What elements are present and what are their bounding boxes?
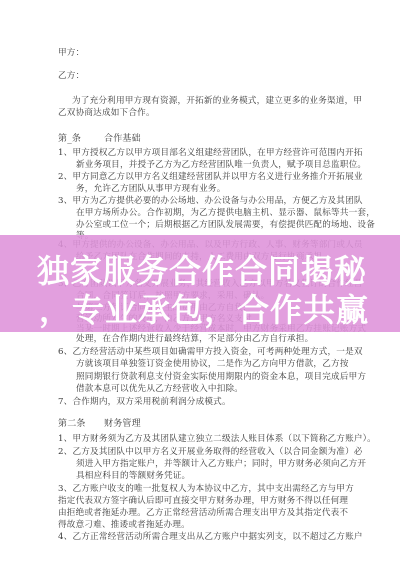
clause-line: 照同期银行贷款利息支付资金实际使用期限内的资金本息，项目完成后甲方 — [76, 372, 366, 383]
party-a-label: 甲方： — [58, 48, 84, 59]
section1-number: 第_条 — [58, 134, 81, 144]
intro-line: 乙双协商达成如下合作。 — [58, 108, 155, 119]
clause-line: 3、乙方账户收支的唯一批复权人为本协议中乙方，其中支出需经乙方与甲方 — [58, 484, 354, 495]
clause-line: 在甲方场所办公。合作初期，为乙方提供电脑主机、显示器、鼠标等共一套， — [76, 208, 375, 219]
clause-line: 须进入甲方指定账户，并等额计入乙方账户；同时，甲方财务必须向乙方开 — [76, 459, 366, 470]
party-b-label: 乙方： — [58, 71, 84, 82]
clause-line: 指定代表双方签字确认后即可直接交甲方财务办理，甲方财务不得以任何理 — [58, 496, 348, 507]
clause-line: 具相应科目的等额财务凭证。 — [76, 471, 190, 482]
intro-line: 为了充分利用甲方现有资源，开拓新的业务模式，建立更多的业务渠道，甲 — [72, 96, 362, 107]
clause-line: 方就该项目单独签订资金使用协议，二是作为乙方向甲方借款，乙方按 — [76, 359, 349, 370]
clause-line: 由拒绝或者拖延办理。乙方正常经营活动所需合理支出甲方及其指定代表不 — [58, 508, 348, 519]
clause-line: 办公室或工位一个；后期根据乙方团队发展需要，有偿提供匹配的场地、设备 — [76, 220, 375, 231]
section2-title: 财务管理 — [104, 419, 141, 430]
clause-line: 2、乙方及其团队中以甲方名义开展业务取得的经营收入（以合同金额为准）必 — [58, 447, 363, 458]
section1-heading: 第_条 合作基础 — [58, 134, 81, 145]
clause-line: 3、甲方为乙方提供必要的办公场地、办公设备与办公用品，方便乙方及其团队 — [58, 196, 363, 207]
clause-line: 借款本息可以优先从乙方经营收入中扣除。 — [76, 384, 243, 395]
clause-line: 得故意刁难、推诿或者拖延办理。 — [58, 520, 190, 531]
document-page: 甲方： 乙方： 为了充分利用甲方现有资源，开拓新的业务模式，建立更多的业务渠道，… — [0, 0, 400, 566]
clause-line: 处理，在合作期内进行最终结算，不足部分由乙方自行承担。 — [76, 334, 313, 345]
clause-line: 1、甲方财务须为乙方及其团队建立独立二级法人账目体系（以下简称乙方账户）。 — [58, 434, 376, 445]
clause-line: 务，允许乙方团队从事甲方现有业务。 — [76, 184, 226, 195]
section2-number: 第二条 — [58, 419, 86, 429]
clause-line: 新业务项目，并授予乙方为乙方经营团队唯一负责人，赋予项目总监职位。 — [76, 160, 366, 171]
clause-line: 7、合作期内，双方采用税前利润分成模式。 — [58, 397, 231, 408]
banner-headline-line2: ，专业承包，合作共赢 — [4, 291, 400, 329]
clause-line: 1、甲方授权乙方以甲方项目部名义组建经营团队，在甲方经营许可范围内开拓 — [58, 148, 363, 159]
clause-line: 2、甲方同意乙方以甲方名义组建经营团队并以甲方名义进行业务推介开拓展业 — [58, 172, 363, 183]
banner-headline-line1: 独家服务合作合同揭秘 — [2, 252, 400, 290]
section2-heading: 第二条 财务管理 — [58, 419, 86, 430]
clause-line: 4、乙方正常经营活动所需合理支出从乙方账户中据实列支，以不超过乙方账户 — [58, 532, 363, 543]
clause-line: 6、乙方经营活动中某些项目如确需甲方投入资金，可考两种处理方式，一是双 — [58, 347, 363, 358]
section1-title: 合作基础 — [104, 134, 141, 145]
